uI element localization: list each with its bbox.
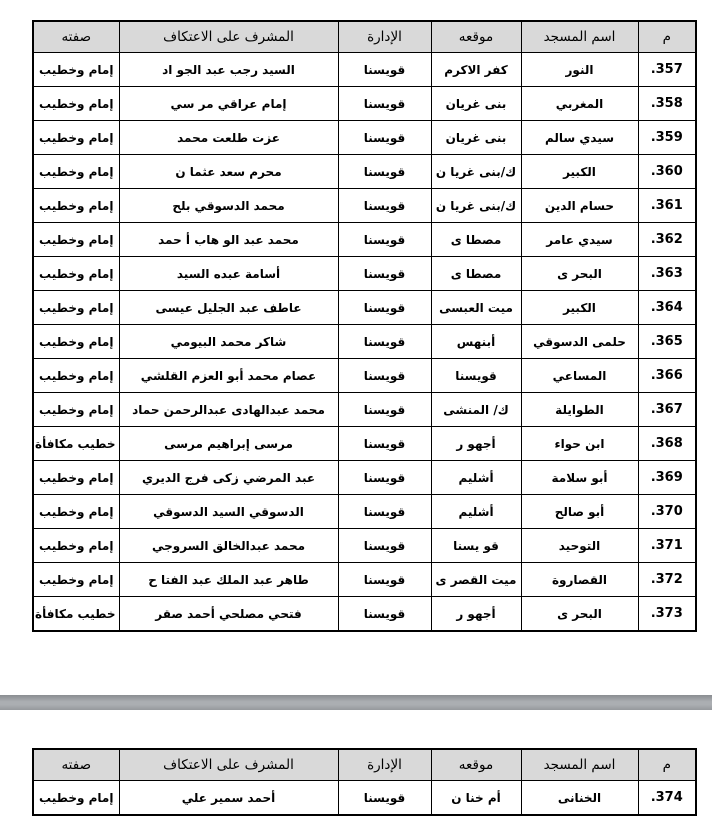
cell-title: إمام وخطيب (33, 257, 119, 291)
cell-title: إمام وخطيب (33, 121, 119, 155)
cell-supervisor: السيد رجب عبد الجو اد (119, 53, 338, 87)
table-row: .372القصاروةميت القصر ىقويسناطاهر عبد ال… (33, 563, 696, 597)
cell-mosque: أبو سلامة (521, 461, 638, 495)
cell-mosque: المغربي (521, 87, 638, 121)
cell-num: .372 (638, 563, 696, 597)
table-row: .370أبو صالحأشليمقويسناالدسوقي السيد الد… (33, 495, 696, 529)
cell-location: قويسنا (431, 359, 521, 393)
cell-mosque: الكبير (521, 291, 638, 325)
table-row: .365حلمى الدسوقيأبنهسقويسناشاكر محمد الب… (33, 325, 696, 359)
cell-num: .370 (638, 495, 696, 529)
cell-num: .363 (638, 257, 696, 291)
cell-supervisor: محمد عبدالهادى عبدالرحمن حماد (119, 393, 338, 427)
cell-admin: قويسنا (338, 325, 431, 359)
cell-title: إمام وخطيب (33, 495, 119, 529)
cell-supervisor: عبد المرضي زكى فرج الديري (119, 461, 338, 495)
iitikaf-table-page2: م اسم المسجد موقعه الإدارة المشرف على ال… (32, 748, 697, 816)
table-row: .357النوركفر الاكرمقويسناالسيد رجب عبد ا… (33, 53, 696, 87)
cell-supervisor: عزت طلعت محمد (119, 121, 338, 155)
header-location: موقعه (431, 21, 521, 53)
cell-title: إمام وخطيب (33, 529, 119, 563)
cell-admin: قويسنا (338, 781, 431, 816)
cell-title: إمام وخطيب (33, 781, 119, 816)
cell-admin: قويسنا (338, 223, 431, 257)
cell-admin: قويسنا (338, 121, 431, 155)
cell-admin: قويسنا (338, 189, 431, 223)
cell-num: .367 (638, 393, 696, 427)
header-location: موقعه (431, 749, 521, 781)
cell-title: إمام وخطيب (33, 53, 119, 87)
cell-admin: قويسنا (338, 461, 431, 495)
cell-title: إمام وخطيب (33, 155, 119, 189)
cell-supervisor: أسامة عبده السيد (119, 257, 338, 291)
cell-title: إمام وخطيب (33, 87, 119, 121)
cell-title: إمام وخطيب (33, 359, 119, 393)
document-page: م اسم المسجد موقعه الإدارة المشرف على ال… (0, 0, 712, 839)
cell-admin: قويسنا (338, 495, 431, 529)
cell-location: ميت القصر ى (431, 563, 521, 597)
header-row: م اسم المسجد موقعه الإدارة المشرف على ال… (33, 21, 696, 53)
cell-num: .357 (638, 53, 696, 87)
cell-admin: قويسنا (338, 53, 431, 87)
table-row: .368ابن حواءأجهو رقويسنامرسى إبراهيم مرس… (33, 427, 696, 461)
cell-num: .362 (638, 223, 696, 257)
cell-location: أبنهس (431, 325, 521, 359)
cell-supervisor: عصام محمد أبو العزم القلشي (119, 359, 338, 393)
cell-supervisor: محمد عبدالخالق السروجي (119, 529, 338, 563)
cell-num: .364 (638, 291, 696, 325)
cell-admin: قويسنا (338, 393, 431, 427)
cell-admin: قويسنا (338, 155, 431, 189)
cell-num: .366 (638, 359, 696, 393)
cell-location: كفر الاكرم (431, 53, 521, 87)
table-row: .366المساعيقويسناقويسناعصام محمد أبو الع… (33, 359, 696, 393)
cell-admin: قويسنا (338, 563, 431, 597)
cell-mosque: التوحيد (521, 529, 638, 563)
header-title: صفته (33, 749, 119, 781)
cell-supervisor: محمد عبد الو هاب أ حمد (119, 223, 338, 257)
header-mosque-name: اسم المسجد (521, 21, 638, 53)
cell-location: مصطا ى (431, 223, 521, 257)
cell-num: .369 (638, 461, 696, 495)
table-row: .371التوحيدقو يسناقويسنامحمد عبدالخالق ا… (33, 529, 696, 563)
header-title: صفته (33, 21, 119, 53)
table-body: .374الخنانىأم خنا نقويسناأحمد سمير عليإم… (33, 781, 696, 816)
table-row: .373البحر ىأجهو رقويسنافتحي مصلحي أحمد ص… (33, 597, 696, 632)
cell-admin: قويسنا (338, 257, 431, 291)
table-row: .363البحر ىمصطا ىقويسناأسامة عبده السيدإ… (33, 257, 696, 291)
header-iitikaf-supervisor: المشرف على الاعتكاف (119, 21, 338, 53)
cell-location: أشليم (431, 461, 521, 495)
cell-num: .371 (638, 529, 696, 563)
cell-supervisor: شاكر محمد البيومي (119, 325, 338, 359)
table-row: .358المغربيبنى غريانقويسناإمام عراقي مر … (33, 87, 696, 121)
cell-title: إمام وخطيب (33, 325, 119, 359)
cell-mosque: أبو صالح (521, 495, 638, 529)
cell-admin: قويسنا (338, 597, 431, 632)
cell-supervisor: طاهر عبد الملك عبد الفتا ح (119, 563, 338, 597)
cell-mosque: الكبير (521, 155, 638, 189)
cell-mosque: المساعي (521, 359, 638, 393)
cell-num: .358 (638, 87, 696, 121)
table-row: .361حسام الدينك/بنى غريا نقويسنامحمد الد… (33, 189, 696, 223)
table-row: .374الخنانىأم خنا نقويسناأحمد سمير عليإم… (33, 781, 696, 816)
cell-num: .373 (638, 597, 696, 632)
iitikaf-table-page1: م اسم المسجد موقعه الإدارة المشرف على ال… (32, 20, 697, 632)
cell-mosque: النور (521, 53, 638, 87)
cell-admin: قويسنا (338, 427, 431, 461)
cell-title: خطيب مكافأة (33, 597, 119, 632)
cell-num: .361 (638, 189, 696, 223)
cell-location: ك/ المنشى (431, 393, 521, 427)
cell-title: إمام وخطيب (33, 461, 119, 495)
cell-supervisor: مرسى إبراهيم مرسى (119, 427, 338, 461)
header-mosque-name: اسم المسجد (521, 749, 638, 781)
cell-location: ك/بنى غريا ن (431, 189, 521, 223)
cell-supervisor: أحمد سمير علي (119, 781, 338, 816)
cell-supervisor: الدسوقي السيد الدسوقي (119, 495, 338, 529)
cell-supervisor: فتحي مصلحي أحمد صقر (119, 597, 338, 632)
cell-mosque: سيدي عامر (521, 223, 638, 257)
cell-admin: قويسنا (338, 359, 431, 393)
cell-mosque: الطوايلة (521, 393, 638, 427)
table-row: .364الكبيرميت العبسىقويسناعاطف عبد الجلي… (33, 291, 696, 325)
cell-title: خطيب مكافأة (33, 427, 119, 461)
cell-mosque: حسام الدين (521, 189, 638, 223)
cell-mosque: البحر ى (521, 597, 638, 632)
table-body: .357النوركفر الاكرمقويسناالسيد رجب عبد ا… (33, 53, 696, 632)
cell-mosque: الخنانى (521, 781, 638, 816)
cell-location: ميت العبسى (431, 291, 521, 325)
cell-title: إمام وخطيب (33, 189, 119, 223)
cell-location: أم خنا ن (431, 781, 521, 816)
cell-title: إمام وخطيب (33, 393, 119, 427)
cell-supervisor: محمد الدسوقي بلح (119, 189, 338, 223)
cell-num: .360 (638, 155, 696, 189)
header-iitikaf-supervisor: المشرف على الاعتكاف (119, 749, 338, 781)
cell-location: بنى غريان (431, 87, 521, 121)
cell-mosque: القصاروة (521, 563, 638, 597)
cell-num: .374 (638, 781, 696, 816)
table-row: .367الطوايلةك/ المنشىقويسنامحمد عبدالهاد… (33, 393, 696, 427)
header-num: م (638, 21, 696, 53)
header-row: م اسم المسجد موقعه الإدارة المشرف على ال… (33, 749, 696, 781)
cell-admin: قويسنا (338, 87, 431, 121)
cell-location: أجهو ر (431, 597, 521, 632)
cell-location: قو يسنا (431, 529, 521, 563)
cell-title: إمام وخطيب (33, 223, 119, 257)
cell-location: بنى غريان (431, 121, 521, 155)
cell-num: .368 (638, 427, 696, 461)
page-break-separator (0, 695, 712, 710)
cell-supervisor: إمام عراقي مر سي (119, 87, 338, 121)
cell-location: أجهو ر (431, 427, 521, 461)
cell-num: .365 (638, 325, 696, 359)
cell-location: مصطا ى (431, 257, 521, 291)
cell-num: .359 (638, 121, 696, 155)
cell-mosque: سيدي سالم (521, 121, 638, 155)
cell-title: إمام وخطيب (33, 563, 119, 597)
header-administration: الإدارة (338, 749, 431, 781)
table-row: .359سيدي سالمبنى غريانقويسناعزت طلعت محم… (33, 121, 696, 155)
cell-mosque: ابن حواء (521, 427, 638, 461)
cell-supervisor: محرم سعد عثما ن (119, 155, 338, 189)
header-administration: الإدارة (338, 21, 431, 53)
table-row: .362سيدي عامرمصطا ىقويسنامحمد عبد الو ها… (33, 223, 696, 257)
cell-admin: قويسنا (338, 291, 431, 325)
cell-mosque: البحر ى (521, 257, 638, 291)
header-num: م (638, 749, 696, 781)
cell-supervisor: عاطف عبد الجليل عيسى (119, 291, 338, 325)
cell-location: ك/بنى غريا ن (431, 155, 521, 189)
cell-location: أشليم (431, 495, 521, 529)
cell-title: إمام وخطيب (33, 291, 119, 325)
cell-admin: قويسنا (338, 529, 431, 563)
table-row: .369أبو سلامةأشليمقويسناعبد المرضي زكى ف… (33, 461, 696, 495)
table-row: .360الكبيرك/بنى غريا نقويسنامحرم سعد عثم… (33, 155, 696, 189)
cell-mosque: حلمى الدسوقي (521, 325, 638, 359)
